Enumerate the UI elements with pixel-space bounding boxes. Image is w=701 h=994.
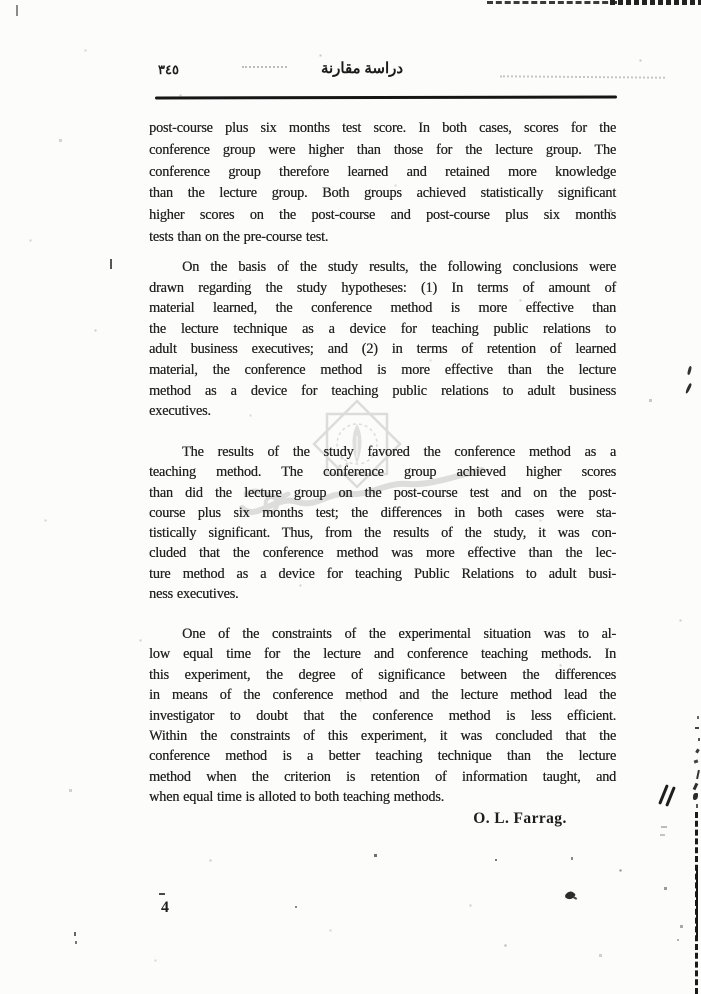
- text-line: low equal time for the lecture and confe…: [149, 644, 616, 664]
- text-line: On the basis of the study results, the f…: [149, 257, 616, 278]
- text-line: tistically significant. Thus, from the r…: [149, 523, 616, 543]
- paragraph: One of the constraints of the experiment…: [149, 624, 616, 808]
- text-line: The results of the study favored the con…: [149, 442, 616, 462]
- text-line: conference group were higher than those …: [149, 140, 616, 162]
- text-line: cluded that the conference method was mo…: [149, 543, 616, 563]
- paragraph: The results of the study favored the con…: [149, 442, 616, 604]
- text-line: than did the lecture group on the post-c…: [149, 483, 616, 503]
- text-line: post-course plus six months test score. …: [149, 118, 616, 140]
- text-line: teaching method. The conference group ac…: [149, 462, 616, 482]
- text-line: method when the criterion is retention o…: [149, 767, 616, 787]
- text-line: in means of the conference method and th…: [149, 685, 616, 705]
- text-line: conference method is a better teaching t…: [149, 746, 616, 766]
- paragraph: post-course plus six months test score. …: [149, 118, 616, 249]
- text-line: ness executives.: [149, 584, 616, 604]
- text-line: One of the constraints of the experiment…: [149, 624, 616, 644]
- text-line: adult business executives; and (2) in te…: [149, 339, 616, 360]
- text-line: method as a device for teaching public r…: [149, 381, 616, 402]
- paragraph: On the basis of the study results, the f…: [149, 257, 616, 422]
- text-line: executives.: [149, 401, 616, 422]
- text-line: tests than on the pre-course test.: [149, 227, 616, 249]
- text-line: ture method as a device for teaching Pub…: [149, 564, 616, 584]
- text-line: drawn regarding the study hypotheses: (1…: [149, 278, 616, 299]
- text-line: conference group therefore learned and r…: [149, 162, 616, 184]
- document-text: post-course plus six months test score. …: [0, 0, 701, 994]
- text-line: investigator to doubt that the conferenc…: [149, 706, 616, 726]
- author-signature: O. L. Farrag.: [420, 810, 620, 828]
- text-line: this experiment, the degree of significa…: [149, 665, 616, 685]
- text-line: than the lecture group. Both groups achi…: [149, 183, 616, 205]
- text-line: material, the conference method is more …: [149, 360, 616, 381]
- text-line: course plus six months test; the differe…: [149, 503, 616, 523]
- text-line: when equal time is alloted to both teach…: [149, 787, 616, 807]
- text-line: higher scores on the post-course and pos…: [149, 205, 616, 227]
- text-line: Within the constraints of this experimen…: [149, 726, 616, 746]
- text-line: material learned, the conference method …: [149, 298, 616, 319]
- text-line: the lecture technique as a device for te…: [149, 319, 616, 340]
- scanned-document-page: ٣٤٥ دراسة مقارنة post-course plus six mo…: [0, 0, 701, 994]
